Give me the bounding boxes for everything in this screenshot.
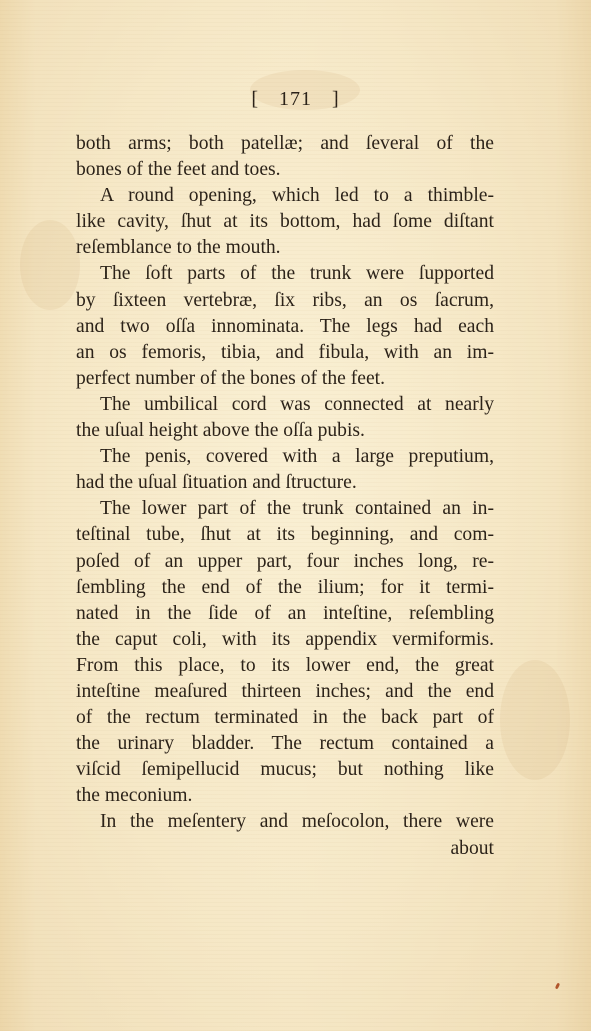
catchword: about [76,836,494,862]
book-page: [ 171 ] both arms; both patellæ; and ſev… [0,0,591,1031]
text-line: viſcid ſemipellucid mucus; but nothing l… [76,757,494,783]
text-line: nated in the ſide of an inteſtine, reſem… [76,601,494,627]
body-text: both arms; both patellæ; and ſeveral of … [76,131,494,862]
text-line: The penis, covered with a large preputiu… [76,444,494,470]
text-line: by ſixteen vertebræ, ſix ribs, an os ſac… [76,288,494,314]
text-line: both arms; both patellæ; and ſeveral of … [76,131,494,157]
text-line: the uſual height above the oſſa pubis. [76,418,494,444]
text-line: bones of the feet and toes. [76,157,494,183]
paper-stain [20,220,80,310]
text-line: of the rectum terminated in the back par… [76,705,494,731]
left-bracket: [ [251,88,259,111]
text-line: teſtinal tube, ſhut at its beginning, an… [76,522,494,548]
text-line: had the uſual ſituation and ſtructure. [76,470,494,496]
text-line: the meconium. [76,783,494,809]
text-line: In the meſentery and meſocolon, there we… [76,809,494,835]
text-line: A round opening, which led to a thimble- [76,183,494,209]
text-line: the caput coli, with its appendix vermif… [76,627,494,653]
text-line: poſed of an upper part, four inches long… [76,549,494,575]
text-line: and two oſſa innominata. The legs had ea… [76,314,494,340]
running-head: [ 171 ] [0,88,591,111]
right-bracket: ] [332,88,340,111]
text-line: inteſtine meaſured thirteen inches; and … [76,679,494,705]
text-line: reſemblance to the mouth. [76,235,494,261]
text-line: From this place, to its lower end, the g… [76,653,494,679]
text-line: The umbilical cord was connected at near… [76,392,494,418]
text-line: like cavity, ſhut at its bottom, had ſom… [76,209,494,235]
text-line: an os femoris, tibia, and fibula, with a… [76,340,494,366]
ink-speck [555,983,560,990]
text-line: ſembling the end of the ilium; for it te… [76,575,494,601]
text-line: The ſoft parts of the trunk were ſupport… [76,261,494,287]
text-line: perfect number of the bones of the feet. [76,366,494,392]
paper-stain [500,660,570,780]
page-number: 171 [279,88,312,110]
text-line: the urinary bladder. The rectum containe… [76,731,494,757]
text-line: The lower part of the trunk contained an… [76,496,494,522]
